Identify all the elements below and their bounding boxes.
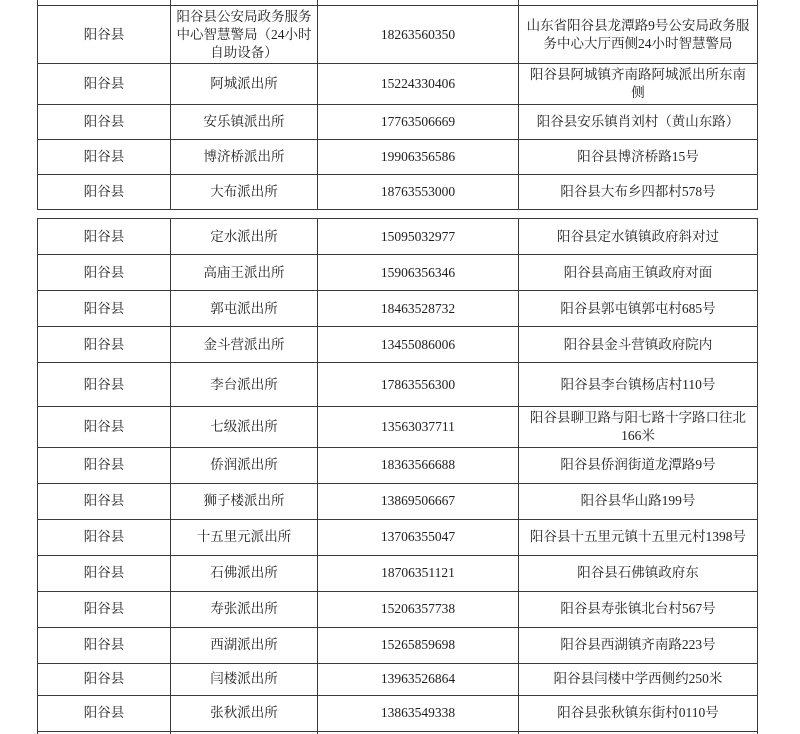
station-name-cell: 安乐镇派出所 [171, 105, 318, 140]
table-row: 阳谷县 博济桥派出所 19906356586 阳谷县博济桥路15号 [38, 140, 758, 175]
county-cell: 阳谷县 [38, 519, 171, 555]
county-cell: 阳谷县 [38, 219, 171, 255]
phone-cell: 13863549338 [318, 695, 519, 731]
address-cell: 阳谷县寿张镇北台村567号 [519, 591, 758, 627]
address-cell: 阳谷县郭屯镇郭屯村685号 [519, 291, 758, 327]
address-cell: 阳谷县石佛镇政府东 [519, 555, 758, 591]
phone-cell: 17763506669 [318, 105, 519, 140]
table-body-lower: 阳谷县 定水派出所 15095032977 阳谷县定水镇镇政府斜对过 阳谷县 高… [38, 219, 758, 732]
station-name-cell: 高庙王派出所 [171, 255, 318, 291]
phone-cell: 13963526864 [318, 663, 519, 695]
phone-cell: 15206357738 [318, 591, 519, 627]
phone-cell: 18706351121 [318, 555, 519, 591]
address-cell: 阳谷县阿城镇齐南路阿城派出所东南侧 [519, 64, 758, 105]
phone-cell: 18363566688 [318, 447, 519, 483]
phone-cell: 18463528732 [318, 291, 519, 327]
station-name-cell: 寿张派出所 [171, 591, 318, 627]
phone-cell: 18263560350 [318, 6, 519, 64]
police-stations-table-lower: 阳谷县 定水派出所 15095032977 阳谷县定水镇镇政府斜对过 阳谷县 高… [37, 218, 758, 734]
phone-cell: 13706355047 [318, 519, 519, 555]
address-cell: 阳谷县西湖镇齐南路223号 [519, 627, 758, 663]
station-name-cell: 张秋派出所 [171, 695, 318, 731]
station-name-cell: 博济桥派出所 [171, 140, 318, 175]
address-cell: 阳谷县十五里元镇十五里元村1398号 [519, 519, 758, 555]
address-cell: 阳谷县大布乡四都村578号 [519, 175, 758, 210]
table-row: 阳谷县 十五里元派出所 13706355047 阳谷县十五里元镇十五里元村139… [38, 519, 758, 555]
table-row: 阳谷县 张秋派出所 13863549338 阳谷县张秋镇东街村0110号 [38, 695, 758, 731]
station-name-cell: 定水派出所 [171, 219, 318, 255]
station-name-cell: 十五里元派出所 [171, 519, 318, 555]
station-name-cell: 闫楼派出所 [171, 663, 318, 695]
station-name-cell: 金斗营派出所 [171, 327, 318, 363]
table-row: 阳谷县 狮子楼派出所 13869506667 阳谷县华山路199号 [38, 483, 758, 519]
phone-cell: 15265859698 [318, 627, 519, 663]
phone-cell: 15906356346 [318, 255, 519, 291]
station-name-cell: 石佛派出所 [171, 555, 318, 591]
phone-cell: 15224330406 [318, 64, 519, 105]
table-row: 阳谷县 阿城派出所 15224330406 阳谷县阿城镇齐南路阿城派出所东南侧 [38, 64, 758, 105]
phone-cell: 13455086006 [318, 327, 519, 363]
table-row: 阳谷县 寿张派出所 15206357738 阳谷县寿张镇北台村567号 [38, 591, 758, 627]
phone-cell: 13869506667 [318, 483, 519, 519]
county-cell: 阳谷县 [38, 255, 171, 291]
phone-cell: 17863556300 [318, 363, 519, 407]
county-cell: 阳谷县 [38, 140, 171, 175]
address-cell: 阳谷县高庙王镇政府对面 [519, 255, 758, 291]
address-cell: 阳谷县安乐镇肖刘村（黄山东路） [519, 105, 758, 140]
county-cell: 阳谷县 [38, 695, 171, 731]
address-cell: 阳谷县定水镇镇政府斜对过 [519, 219, 758, 255]
county-cell: 阳谷县 [38, 363, 171, 407]
address-cell: 阳谷县聊卫路与阳七路十字路口往北166米 [519, 407, 758, 448]
table-row: 阳谷县 石佛派出所 18706351121 阳谷县石佛镇政府东 [38, 555, 758, 591]
phone-cell: 13563037711 [318, 407, 519, 448]
table-row: 阳谷县 阳谷县公安局政务服务中心智慧警局（24小时自助设备） 182635603… [38, 6, 758, 64]
table-row: 阳谷县 安乐镇派出所 17763506669 阳谷县安乐镇肖刘村（黄山东路） [38, 105, 758, 140]
county-cell: 阳谷县 [38, 555, 171, 591]
table-row: 阳谷县 定水派出所 15095032977 阳谷县定水镇镇政府斜对过 [38, 219, 758, 255]
station-name-cell: 西湖派出所 [171, 627, 318, 663]
county-cell: 阳谷县 [38, 447, 171, 483]
county-cell: 阳谷县 [38, 663, 171, 695]
county-cell: 阳谷县 [38, 6, 171, 64]
county-cell: 阳谷县 [38, 105, 171, 140]
table-row: 阳谷县 侨润派出所 18363566688 阳谷县侨润街道龙潭路9号 [38, 447, 758, 483]
phone-cell: 18763553000 [318, 175, 519, 210]
table-row: 阳谷县 大布派出所 18763553000 阳谷县大布乡四都村578号 [38, 175, 758, 210]
table-row: 阳谷县 西湖派出所 15265859698 阳谷县西湖镇齐南路223号 [38, 627, 758, 663]
table-body-upper: 阳谷县 阳谷县公安局政务服务中心智慧警局（24小时自助设备） 182635603… [38, 6, 758, 210]
county-cell: 阳谷县 [38, 291, 171, 327]
table-row: 阳谷县 郭屯派出所 18463528732 阳谷县郭屯镇郭屯村685号 [38, 291, 758, 327]
station-name-cell: 侨润派出所 [171, 447, 318, 483]
address-cell: 阳谷县侨润街道龙潭路9号 [519, 447, 758, 483]
address-cell: 阳谷县博济桥路15号 [519, 140, 758, 175]
address-cell: 阳谷县闫楼中学西侧约250米 [519, 663, 758, 695]
address-cell: 阳谷县李台镇杨店村110号 [519, 363, 758, 407]
station-name-cell: 七级派出所 [171, 407, 318, 448]
table-row: 阳谷县 七级派出所 13563037711 阳谷县聊卫路与阳七路十字路口往北16… [38, 407, 758, 448]
station-name-cell: 阳谷县公安局政务服务中心智慧警局（24小时自助设备） [171, 6, 318, 64]
county-cell: 阳谷县 [38, 175, 171, 210]
table-row: 阳谷县 金斗营派出所 13455086006 阳谷县金斗营镇政府院内 [38, 327, 758, 363]
table-row: 阳谷县 闫楼派出所 13963526864 阳谷县闫楼中学西侧约250米 [38, 663, 758, 695]
county-cell: 阳谷县 [38, 64, 171, 105]
station-name-cell: 李台派出所 [171, 363, 318, 407]
station-name-cell: 狮子楼派出所 [171, 483, 318, 519]
county-cell: 阳谷县 [38, 407, 171, 448]
station-name-cell: 郭屯派出所 [171, 291, 318, 327]
address-cell: 阳谷县金斗营镇政府院内 [519, 327, 758, 363]
phone-cell: 15095032977 [318, 219, 519, 255]
station-name-cell: 阿城派出所 [171, 64, 318, 105]
phone-cell: 19906356586 [318, 140, 519, 175]
county-cell: 阳谷县 [38, 627, 171, 663]
table-row: 阳谷县 李台派出所 17863556300 阳谷县李台镇杨店村110号 [38, 363, 758, 407]
table-row: 阳谷县 高庙王派出所 15906356346 阳谷县高庙王镇政府对面 [38, 255, 758, 291]
station-name-cell: 大布派出所 [171, 175, 318, 210]
county-cell: 阳谷县 [38, 483, 171, 519]
county-cell: 阳谷县 [38, 591, 171, 627]
police-stations-table-upper: 阳谷县 阳谷县公安局政务服务中心智慧警局（24小时自助设备） 182635603… [37, 0, 758, 210]
address-cell: 山东省阳谷县龙潭路9号公安局政务服务中心大厅西侧24小时智慧警局 [519, 6, 758, 64]
address-cell: 阳谷县张秋镇东街村0110号 [519, 695, 758, 731]
county-cell: 阳谷县 [38, 327, 171, 363]
address-cell: 阳谷县华山路199号 [519, 483, 758, 519]
